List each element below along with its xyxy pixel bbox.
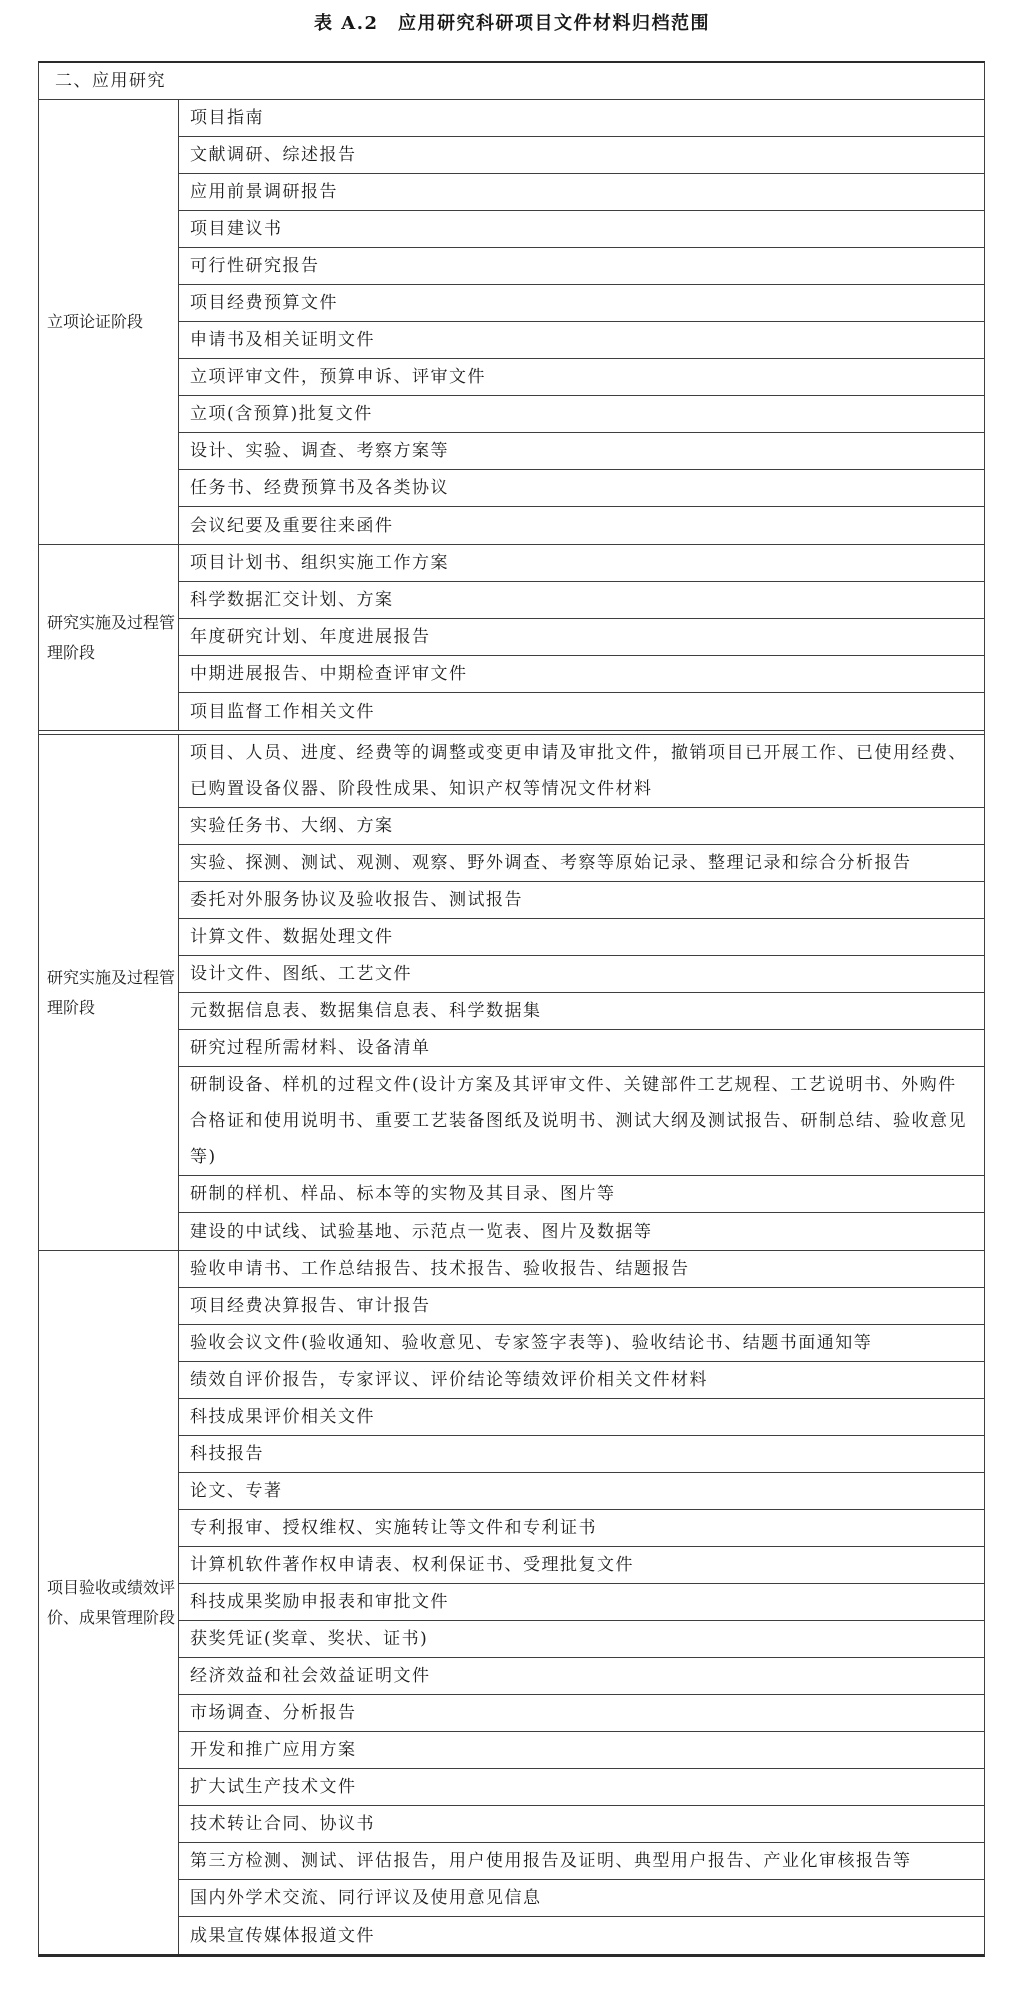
table-row: 年度研究计划、年度进展报告 xyxy=(179,619,984,656)
table-row: 成果宣传媒体报道文件 xyxy=(179,1917,984,1954)
item-text: 建设的中试线、试验基地、示范点一览表、图片及数据等 xyxy=(190,1214,653,1250)
item-text: 实验任务书、大纲、方案 xyxy=(190,808,394,844)
item-text: 设计文件、图纸、工艺文件 xyxy=(190,956,412,992)
table-row: 扩大试生产技术文件 xyxy=(179,1769,984,1806)
item-text: 计算机软件著作权申请表、权利保证书、受理批复文件 xyxy=(190,1547,634,1583)
table-row: 技术转让合同、协议书 xyxy=(179,1806,984,1843)
table-row: 立项(含预算)批复文件 xyxy=(179,396,984,433)
items-column: 项目计划书、组织实施工作方案科学数据汇交计划、方案年度研究计划、年度进展报告中期… xyxy=(179,545,984,730)
archive-table: 二、应用研究 立项论证阶段项目指南文献调研、综述报告应用前景调研报告项目建议书可… xyxy=(38,61,985,1957)
item-text: 国内外学术交流、同行评议及使用意见信息 xyxy=(190,1880,542,1916)
table-row: 科学数据汇交计划、方案 xyxy=(179,582,984,619)
table-row: 验收会议文件(验收通知、验收意见、专家签字表等)、验收结论书、结题书面通知等 xyxy=(179,1325,984,1362)
item-text: 绩效自评价报告，专家评议、评价结论等绩效评价相关文件材料 xyxy=(190,1362,708,1398)
table-row: 设计文件、图纸、工艺文件 xyxy=(179,956,984,993)
items-column: 项目指南文献调研、综述报告应用前景调研报告项目建议书可行性研究报告项目经费预算文… xyxy=(179,100,984,544)
item-text: 验收会议文件(验收通知、验收意见、专家签字表等)、验收结论书、结题书面通知等 xyxy=(190,1325,872,1361)
stage-cell: 研究实施及过程管理阶段 xyxy=(39,545,179,730)
table-row: 经济效益和社会效益证明文件 xyxy=(179,1658,984,1695)
item-text: 科技报告 xyxy=(190,1436,264,1472)
table-row: 绩效自评价报告，专家评议、评价结论等绩效评价相关文件材料 xyxy=(179,1362,984,1399)
item-text: 研制设备、样机的过程文件(设计方案及其评审文件、关键部件工艺规程、工艺说明书、外… xyxy=(190,1067,970,1175)
table-row: 项目监督工作相关文件 xyxy=(179,693,984,730)
table-row: 可行性研究报告 xyxy=(179,248,984,285)
stage-cell: 立项论证阶段 xyxy=(39,100,179,544)
table-row: 第三方检测、测试、评估报告，用户使用报告及证明、典型用户报告、产业化审核报告等 xyxy=(179,1843,984,1880)
table-row: 设计、实验、调查、考察方案等 xyxy=(179,433,984,470)
table-row: 研制设备、样机的过程文件(设计方案及其评审文件、关键部件工艺规程、工艺说明书、外… xyxy=(179,1067,984,1176)
table-row: 任务书、经费预算书及各类协议 xyxy=(179,470,984,507)
item-text: 论文、专著 xyxy=(190,1473,283,1509)
item-text: 扩大试生产技术文件 xyxy=(190,1769,357,1805)
item-text: 文献调研、综述报告 xyxy=(190,137,357,173)
table-row: 专利报审、授权维权、实施转让等文件和专利证书 xyxy=(179,1510,984,1547)
item-text: 中期进展报告、中期检查评审文件 xyxy=(190,656,468,692)
table-row: 市场调查、分析报告 xyxy=(179,1695,984,1732)
table-row: 项目、人员、进度、经费等的调整或变更申请及审批文件，撤销项目已开展工作、已使用经… xyxy=(179,735,984,808)
table-row: 项目经费预算文件 xyxy=(179,285,984,322)
items-column: 项目、人员、进度、经费等的调整或变更申请及审批文件，撤销项目已开展工作、已使用经… xyxy=(179,735,984,1250)
table-row: 论文、专著 xyxy=(179,1473,984,1510)
item-text: 项目建议书 xyxy=(190,211,283,247)
item-text: 项目指南 xyxy=(190,100,264,136)
table-row: 会议纪要及重要往来函件 xyxy=(179,507,984,544)
item-text: 项目计划书、组织实施工作方案 xyxy=(190,545,449,581)
table-row: 中期进展报告、中期检查评审文件 xyxy=(179,656,984,693)
item-text: 项目经费预算文件 xyxy=(190,285,338,321)
table-section: 项目验收或绩效评价、成果管理阶段验收申请书、工作总结报告、技术报告、验收报告、结… xyxy=(39,1251,984,1954)
stage-cell: 项目验收或绩效评价、成果管理阶段 xyxy=(39,1251,179,1954)
stage-label: 立项论证阶段 xyxy=(47,307,143,337)
stage-label: 研究实施及过程管理阶段 xyxy=(47,963,175,1023)
item-text: 立项(含预算)批复文件 xyxy=(190,396,373,432)
item-text: 可行性研究报告 xyxy=(190,248,320,284)
item-text: 元数据信息表、数据集信息表、科学数据集 xyxy=(190,993,542,1029)
table-row: 科技成果评价相关文件 xyxy=(179,1399,984,1436)
item-text: 第三方检测、测试、评估报告，用户使用报告及证明、典型用户报告、产业化审核报告等 xyxy=(190,1843,912,1879)
table-row: 科技报告 xyxy=(179,1436,984,1473)
item-text: 研制的样机、样品、标本等的实物及其目录、图片等 xyxy=(190,1176,616,1212)
table-row: 申请书及相关证明文件 xyxy=(179,322,984,359)
item-text: 实验、探测、测试、观测、观察、野外调查、考察等原始记录、整理记录和综合分析报告 xyxy=(190,845,912,881)
table-row: 科技成果奖励申报表和审批文件 xyxy=(179,1584,984,1621)
table-row: 文献调研、综述报告 xyxy=(179,137,984,174)
item-text: 项目经费决算报告、审计报告 xyxy=(190,1288,431,1324)
table-row: 实验、探测、测试、观测、观察、野外调查、考察等原始记录、整理记录和综合分析报告 xyxy=(179,845,984,882)
item-text: 立项评审文件，预算申诉、评审文件 xyxy=(190,359,486,395)
item-text: 年度研究计划、年度进展报告 xyxy=(190,619,431,655)
item-text: 经济效益和社会效益证明文件 xyxy=(190,1658,431,1694)
stage-label: 项目验收或绩效评价、成果管理阶段 xyxy=(47,1573,175,1633)
table-section: 立项论证阶段项目指南文献调研、综述报告应用前景调研报告项目建议书可行性研究报告项… xyxy=(39,100,984,545)
item-text: 研究过程所需材料、设备清单 xyxy=(190,1030,431,1066)
stage-label: 研究实施及过程管理阶段 xyxy=(47,608,175,668)
item-text: 项目监督工作相关文件 xyxy=(190,694,375,730)
item-text: 专利报审、授权维权、实施转让等文件和专利证书 xyxy=(190,1510,597,1546)
items-column: 验收申请书、工作总结报告、技术报告、验收报告、结题报告项目经费决算报告、审计报告… xyxy=(179,1251,984,1954)
item-text: 计算文件、数据处理文件 xyxy=(190,919,394,955)
table-row: 开发和推广应用方案 xyxy=(179,1732,984,1769)
item-text: 市场调查、分析报告 xyxy=(190,1695,357,1731)
stage-cell: 研究实施及过程管理阶段 xyxy=(39,735,179,1250)
item-text: 获奖凭证(奖章、奖状、证书) xyxy=(190,1621,428,1657)
item-text: 任务书、经费预算书及各类协议 xyxy=(190,470,449,506)
item-text: 技术转让合同、协议书 xyxy=(190,1806,375,1842)
table-body: 立项论证阶段项目指南文献调研、综述报告应用前景调研报告项目建议书可行性研究报告项… xyxy=(39,100,984,1954)
table-row: 建设的中试线、试验基地、示范点一览表、图片及数据等 xyxy=(179,1213,984,1250)
table-caption: 表 A.2 应用研究科研项目文件材料归档范围 xyxy=(0,0,1024,35)
item-text: 科技成果奖励申报表和审批文件 xyxy=(190,1584,449,1620)
item-text: 会议纪要及重要往来函件 xyxy=(190,508,394,544)
table-row: 项目指南 xyxy=(179,100,984,137)
table-row: 项目建议书 xyxy=(179,211,984,248)
item-text: 项目、人员、进度、经费等的调整或变更申请及审批文件，撤销项目已开展工作、已使用经… xyxy=(190,735,970,807)
table-row: 计算机软件著作权申请表、权利保证书、受理批复文件 xyxy=(179,1547,984,1584)
table-section: 研究实施及过程管理阶段项目计划书、组织实施工作方案科学数据汇交计划、方案年度研究… xyxy=(39,545,984,731)
item-text: 应用前景调研报告 xyxy=(190,174,338,210)
table-row: 研究过程所需材料、设备清单 xyxy=(179,1030,984,1067)
item-text: 申请书及相关证明文件 xyxy=(190,322,375,358)
table-row: 验收申请书、工作总结报告、技术报告、验收报告、结题报告 xyxy=(179,1251,984,1288)
item-text: 成果宣传媒体报道文件 xyxy=(190,1918,375,1954)
item-text: 科学数据汇交计划、方案 xyxy=(190,582,394,618)
table-row: 应用前景调研报告 xyxy=(179,174,984,211)
table-row: 获奖凭证(奖章、奖状、证书) xyxy=(179,1621,984,1658)
table-section: 研究实施及过程管理阶段项目、人员、进度、经费等的调整或变更申请及审批文件，撤销项… xyxy=(39,734,984,1251)
table-row: 计算文件、数据处理文件 xyxy=(179,919,984,956)
table-row: 委托对外服务协议及验收报告、测试报告 xyxy=(179,882,984,919)
table-category-header: 二、应用研究 xyxy=(39,63,984,100)
table-row: 实验任务书、大纲、方案 xyxy=(179,808,984,845)
table-row: 国内外学术交流、同行评议及使用意见信息 xyxy=(179,1880,984,1917)
item-text: 委托对外服务协议及验收报告、测试报告 xyxy=(190,882,523,918)
table-row: 项目计划书、组织实施工作方案 xyxy=(179,545,984,582)
table-row: 项目经费决算报告、审计报告 xyxy=(179,1288,984,1325)
item-text: 验收申请书、工作总结报告、技术报告、验收报告、结题报告 xyxy=(190,1251,690,1287)
item-text: 科技成果评价相关文件 xyxy=(190,1399,375,1435)
table-row: 立项评审文件，预算申诉、评审文件 xyxy=(179,359,984,396)
table-row: 研制的样机、样品、标本等的实物及其目录、图片等 xyxy=(179,1176,984,1213)
item-text: 设计、实验、调查、考察方案等 xyxy=(190,433,449,469)
item-text: 开发和推广应用方案 xyxy=(190,1732,357,1768)
table-row: 元数据信息表、数据集信息表、科学数据集 xyxy=(179,993,984,1030)
